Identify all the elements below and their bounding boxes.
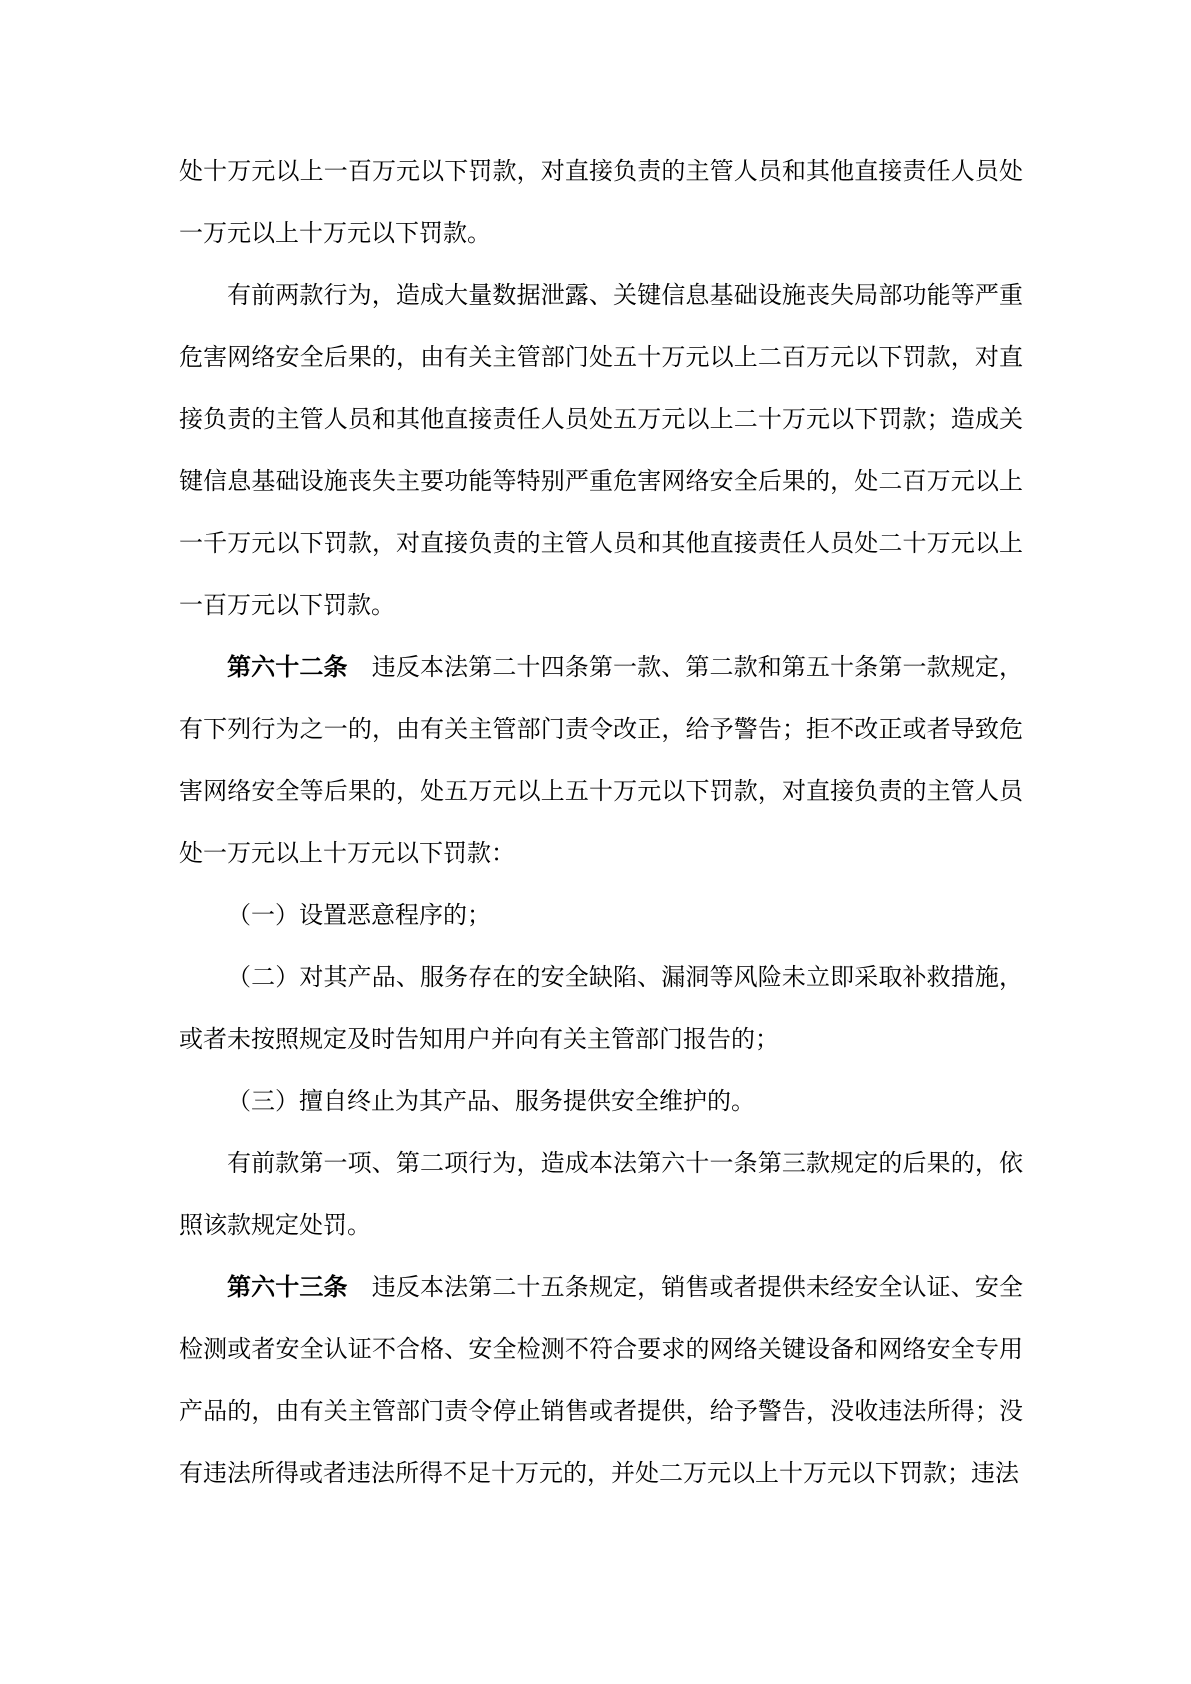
text-run: （二）对其产品、服务存在的安全缺陷、漏洞等风险未立即采取补救措施，或者未按照规定… bbox=[179, 964, 1023, 1053]
document-body: 处十万元以上一百万元以下罚款，对直接负责的主管人员和其他直接责任人员处一万元以上… bbox=[179, 141, 1023, 1505]
article-number: 第六十二条 bbox=[227, 654, 348, 681]
paragraph: （三）擅自终止为其产品、服务提供安全维护的。 bbox=[179, 1071, 1023, 1133]
paragraph: 处十万元以上一百万元以下罚款，对直接负责的主管人员和其他直接责任人员处一万元以上… bbox=[179, 141, 1023, 265]
text-run: 有前款第一项、第二项行为，造成本法第六十一条第三款规定的后果的，依照该款规定处罚… bbox=[179, 1150, 1023, 1239]
text-run: （三）擅自终止为其产品、服务提供安全维护的。 bbox=[227, 1088, 755, 1115]
text-run: 处十万元以上一百万元以下罚款，对直接负责的主管人员和其他直接责任人员处一万元以上… bbox=[179, 158, 1023, 247]
text-run: 有前两款行为，造成大量数据泄露、关键信息基础设施丧失局部功能等严重危害网络安全后… bbox=[179, 282, 1023, 619]
paragraph: 第六十二条 违反本法第二十四条第一款、第二款和第五十条第一款规定，有下列行为之一… bbox=[179, 637, 1023, 885]
article-number: 第六十三条 bbox=[227, 1274, 348, 1301]
paragraph: （一）设置恶意程序的； bbox=[179, 885, 1023, 947]
text-run: 违反本法第二十四条第一款、第二款和第五十条第一款规定，有下列行为之一的，由有关主… bbox=[179, 654, 1023, 867]
text-run: （一）设置恶意程序的； bbox=[227, 902, 491, 929]
paragraph: 第六十三条 违反本法第二十五条规定，销售或者提供未经安全认证、安全检测或者安全认… bbox=[179, 1257, 1023, 1505]
paragraph: 有前款第一项、第二项行为，造成本法第六十一条第三款规定的后果的，依照该款规定处罚… bbox=[179, 1133, 1023, 1257]
paragraph: 有前两款行为，造成大量数据泄露、关键信息基础设施丧失局部功能等严重危害网络安全后… bbox=[179, 265, 1023, 637]
document-page: 处十万元以上一百万元以下罚款，对直接负责的主管人员和其他直接责任人员处一万元以上… bbox=[0, 0, 1191, 1684]
text-run: 违反本法第二十五条规定，销售或者提供未经安全认证、安全检测或者安全认证不合格、安… bbox=[179, 1274, 1023, 1487]
paragraph: （二）对其产品、服务存在的安全缺陷、漏洞等风险未立即采取补救措施，或者未按照规定… bbox=[179, 947, 1023, 1071]
